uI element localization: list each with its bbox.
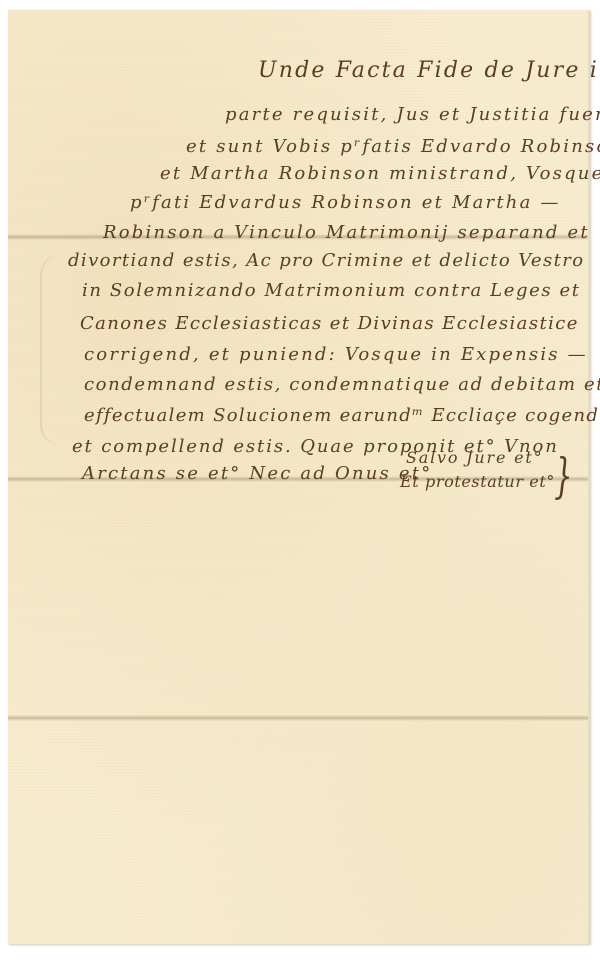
manuscript-line: et sunt Vobis pʳfatis Edvardo Robinson (186, 136, 600, 157)
manuscript-line: corrigend, et puniend: Vosque in Expensi… (84, 344, 588, 365)
manuscript-line: parte requisit, Jus et Justitia fuerunt (225, 104, 600, 125)
manuscript-line: Robinson a Vinculo Matrimonij separand e… (103, 222, 590, 243)
manuscript-line: effectualem Solucionem earundᵐ Eccliaçe … (84, 405, 599, 426)
paper-fold-line (8, 715, 588, 721)
closing-line: Salvo Jure et° (406, 448, 543, 467)
manuscript-line: condemnand estis, condemnatique ad debit… (84, 374, 600, 395)
manuscript-line: Arctans se et° Nec ad Onus et° (82, 463, 432, 484)
closing-line: Et protestatur et° (400, 472, 555, 491)
manuscript-line: Unde Facta Fide de Jure in hac (258, 58, 600, 83)
manuscript-line: divortiand estis, Ac pro Crimine et deli… (68, 250, 585, 271)
manuscript-line: in Solemnizando Matrimonium contra Leges… (82, 280, 581, 301)
manuscript-line: et Martha Robinson ministrand, Vosque (160, 163, 600, 184)
manuscript-line: Canones Ecclesiasticas et Divinas Eccles… (80, 313, 579, 334)
ink-show-through (40, 255, 87, 445)
brace-mark: } (554, 448, 572, 504)
manuscript-line: pʳfati Edvardus Robinson et Martha — (130, 192, 561, 213)
